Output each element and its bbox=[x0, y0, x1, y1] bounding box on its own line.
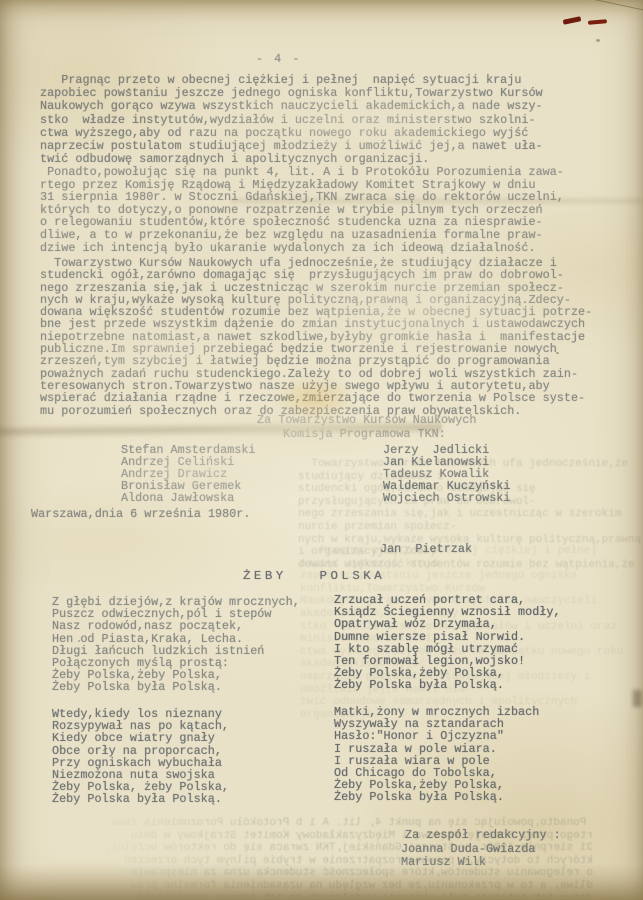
scanned-document-page: Towarzystwo Kursów Naukowych ufa jednocz… bbox=[0, 0, 643, 900]
red-ink-mark bbox=[588, 19, 607, 25]
corner-crease bbox=[587, 0, 643, 12]
paper-stain bbox=[272, 376, 356, 422]
song-verse-3: Zrzucał uczeń portret cara, Ksiądz Ścieg… bbox=[334, 594, 634, 692]
signatory-name: Aldona Jawłowska bbox=[121, 492, 234, 504]
editor-name: Joanna Duda-Gwiazda bbox=[401, 843, 536, 855]
song-verse-2: Wtedy,kiedy los nieznany Rozsypywał nas … bbox=[52, 708, 332, 806]
song-verse-4: Matki,żony w mrocznych izbach Wyszywały … bbox=[334, 706, 634, 804]
date-line: Warszawa,dnia 6 września 1980r. bbox=[31, 508, 250, 520]
signatory-name: Wojciech Ostrowski bbox=[383, 492, 510, 504]
song-verse-1: Z głębi dziejów,z krajów mrocznych, Pusz… bbox=[52, 596, 332, 694]
song-author: Jan Pietrzak bbox=[380, 543, 472, 555]
closing-commission-line: Komisja Programowa TKN: bbox=[283, 428, 446, 440]
song-title: ŻEBY POLSKA bbox=[243, 570, 385, 582]
editor-name: Mariusz Wilk bbox=[401, 856, 486, 868]
edge-smudge bbox=[633, 690, 642, 707]
ink-speck bbox=[78, 640, 80, 642]
paragraph-gdansk-agreement: Ponadto,powołując się na punkt 4, lit. A… bbox=[40, 166, 625, 254]
ink-speck bbox=[596, 39, 600, 42]
red-ink-mark bbox=[563, 16, 582, 25]
editors-label: Za zespół redakcyjny : bbox=[405, 829, 561, 841]
ink-speck bbox=[556, 352, 559, 354]
ink-speck bbox=[128, 88, 130, 90]
page-number: - 4 - bbox=[256, 53, 301, 65]
